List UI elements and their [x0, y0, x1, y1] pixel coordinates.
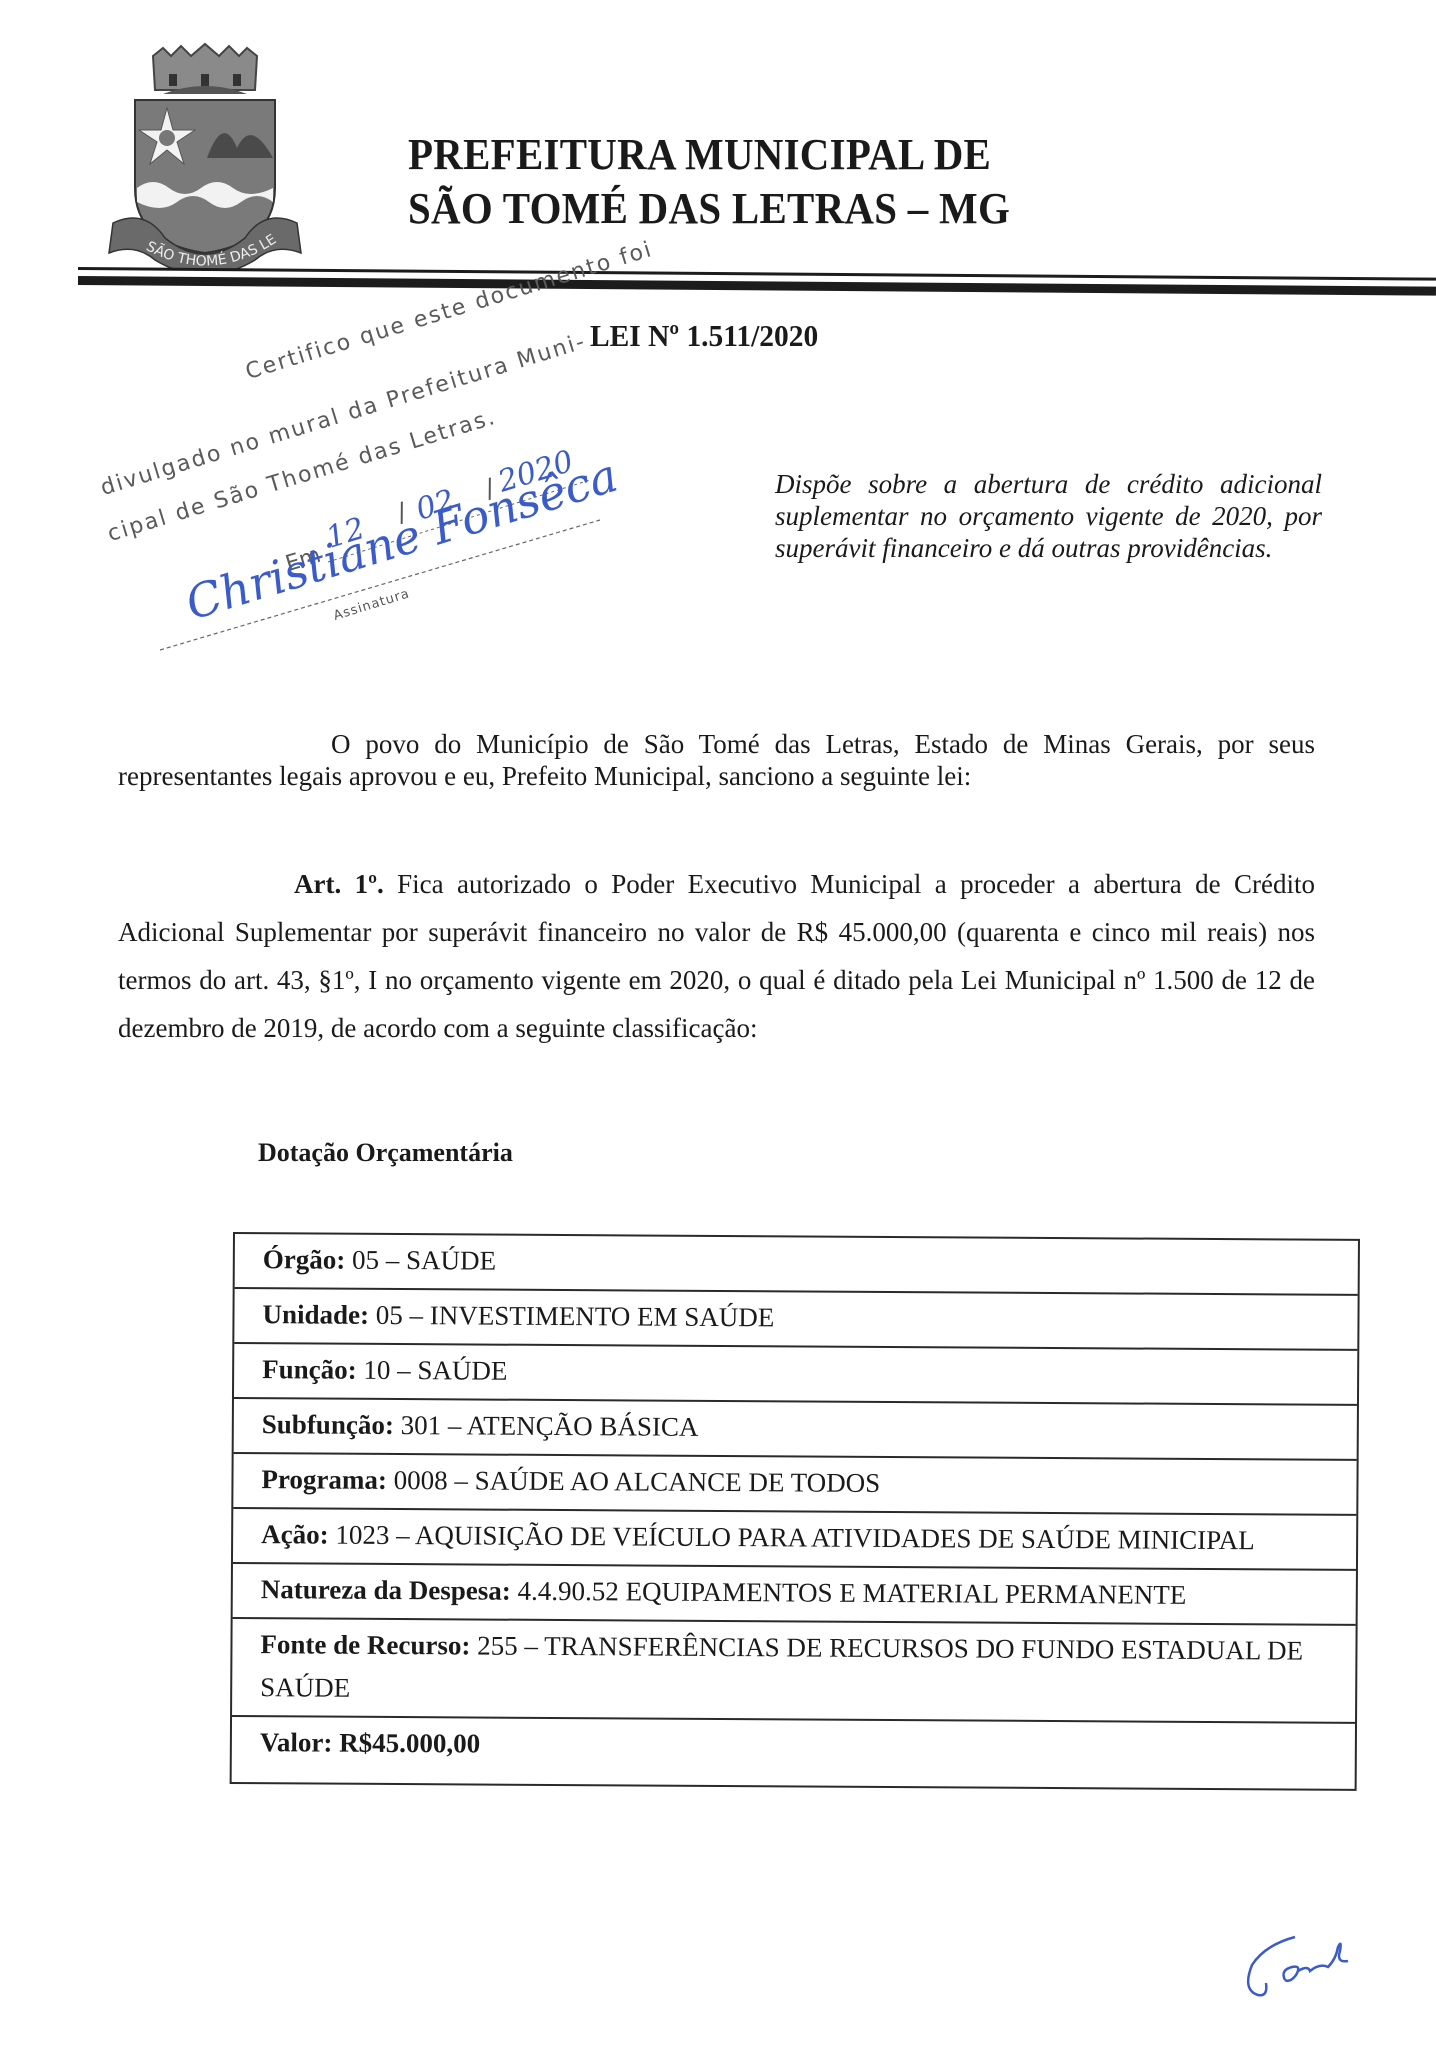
budget-row-value: R$45.000,00	[339, 1728, 480, 1759]
budget-row-label: Fonte de Recurso:	[260, 1629, 470, 1660]
budget-row: Fonte de Recurso: 255 – TRANSFERÊNCIAS D…	[232, 1619, 1356, 1724]
budget-row-value: 301 – ATENÇÃO BÁSICA	[401, 1410, 699, 1442]
budget-heading: Dotação Orçamentária	[258, 1138, 513, 1168]
budget-row-label: Programa:	[261, 1464, 387, 1495]
municipality-header: PREFEITURA MUNICIPAL DE SÃO TOMÉ DAS LET…	[408, 128, 1010, 236]
budget-row-label: Unidade:	[262, 1299, 369, 1330]
article-1-label: Art. 1º.	[294, 869, 384, 899]
budget-row: Valor: R$45.000,00	[232, 1717, 1355, 1789]
municipal-coat-of-arms: SÃO THOMÉ DAS LETRAS	[105, 38, 305, 270]
law-summary: Dispõe sobre a abertura de crédito adici…	[775, 468, 1322, 564]
budget-row-label: Subfunção:	[262, 1409, 394, 1440]
header-line-2: SÃO TOMÉ DAS LETRAS – MG	[408, 182, 1010, 236]
article-1: Art. 1º. Fica autorizado o Poder Executi…	[118, 860, 1315, 1052]
budget-row-value: 05 – INVESTIMENTO EM SAÚDE	[376, 1300, 775, 1332]
budget-row-label: Órgão:	[263, 1244, 346, 1275]
budget-row: Subfunção: 301 – ATENÇÃO BÁSICA	[234, 1399, 1357, 1461]
budget-row: Natureza da Despesa: 4.4.90.52 EQUIPAMEN…	[233, 1564, 1356, 1626]
budget-row: Programa: 0008 – SAÚDE AO ALCANCE DE TOD…	[233, 1454, 1356, 1516]
budget-row-value: 05 – SAÚDE	[352, 1245, 496, 1276]
stamp-handwriting: 12 / 02 / 2020 Christiane Fonsêca Assina…	[100, 300, 620, 670]
coat-of-arms-icon: SÃO THOMÉ DAS LETRAS	[105, 38, 305, 270]
initials-signature	[1240, 1935, 1360, 2015]
budget-row: Função: 10 – SAÚDE	[234, 1344, 1357, 1406]
budget-row-label: Valor:	[260, 1727, 333, 1757]
budget-row: Unidade: 05 – INVESTIMENTO EM SAÚDE	[234, 1289, 1357, 1351]
intro-paragraph: O povo do Município de São Tomé das Letr…	[118, 728, 1315, 792]
budget-row-value: 0008 – SAÚDE AO ALCANCE DE TODOS	[394, 1465, 881, 1498]
stamp-signature-label: Assinatura	[332, 586, 412, 623]
budget-row: Ação: 1023 – AQUISIÇÃO DE VEÍCULO PARA A…	[233, 1509, 1356, 1571]
budget-row: Órgão: 05 – SAÚDE	[235, 1234, 1358, 1296]
budget-row-label: Natureza da Despesa:	[261, 1574, 511, 1606]
law-title: LEI Nº 1.511/2020	[590, 318, 818, 354]
budget-row-value: 1023 – AQUISIÇÃO DE VEÍCULO PARA ATIVIDA…	[335, 1520, 1254, 1556]
budget-table: Órgão: 05 – SAÚDEUnidade: 05 – INVESTIME…	[230, 1232, 1360, 1791]
publication-stamp: Certifico que este documento foi divulga…	[100, 300, 620, 670]
budget-row-label: Ação:	[261, 1519, 329, 1549]
budget-row-label: Função:	[262, 1354, 357, 1385]
header-line-1: PREFEITURA MUNICIPAL DE	[408, 128, 1010, 182]
budget-row-value: 10 – SAÚDE	[363, 1355, 507, 1386]
budget-row-value: 4.4.90.52 EQUIPAMENTOS E MATERIAL PERMAN…	[517, 1576, 1186, 1610]
